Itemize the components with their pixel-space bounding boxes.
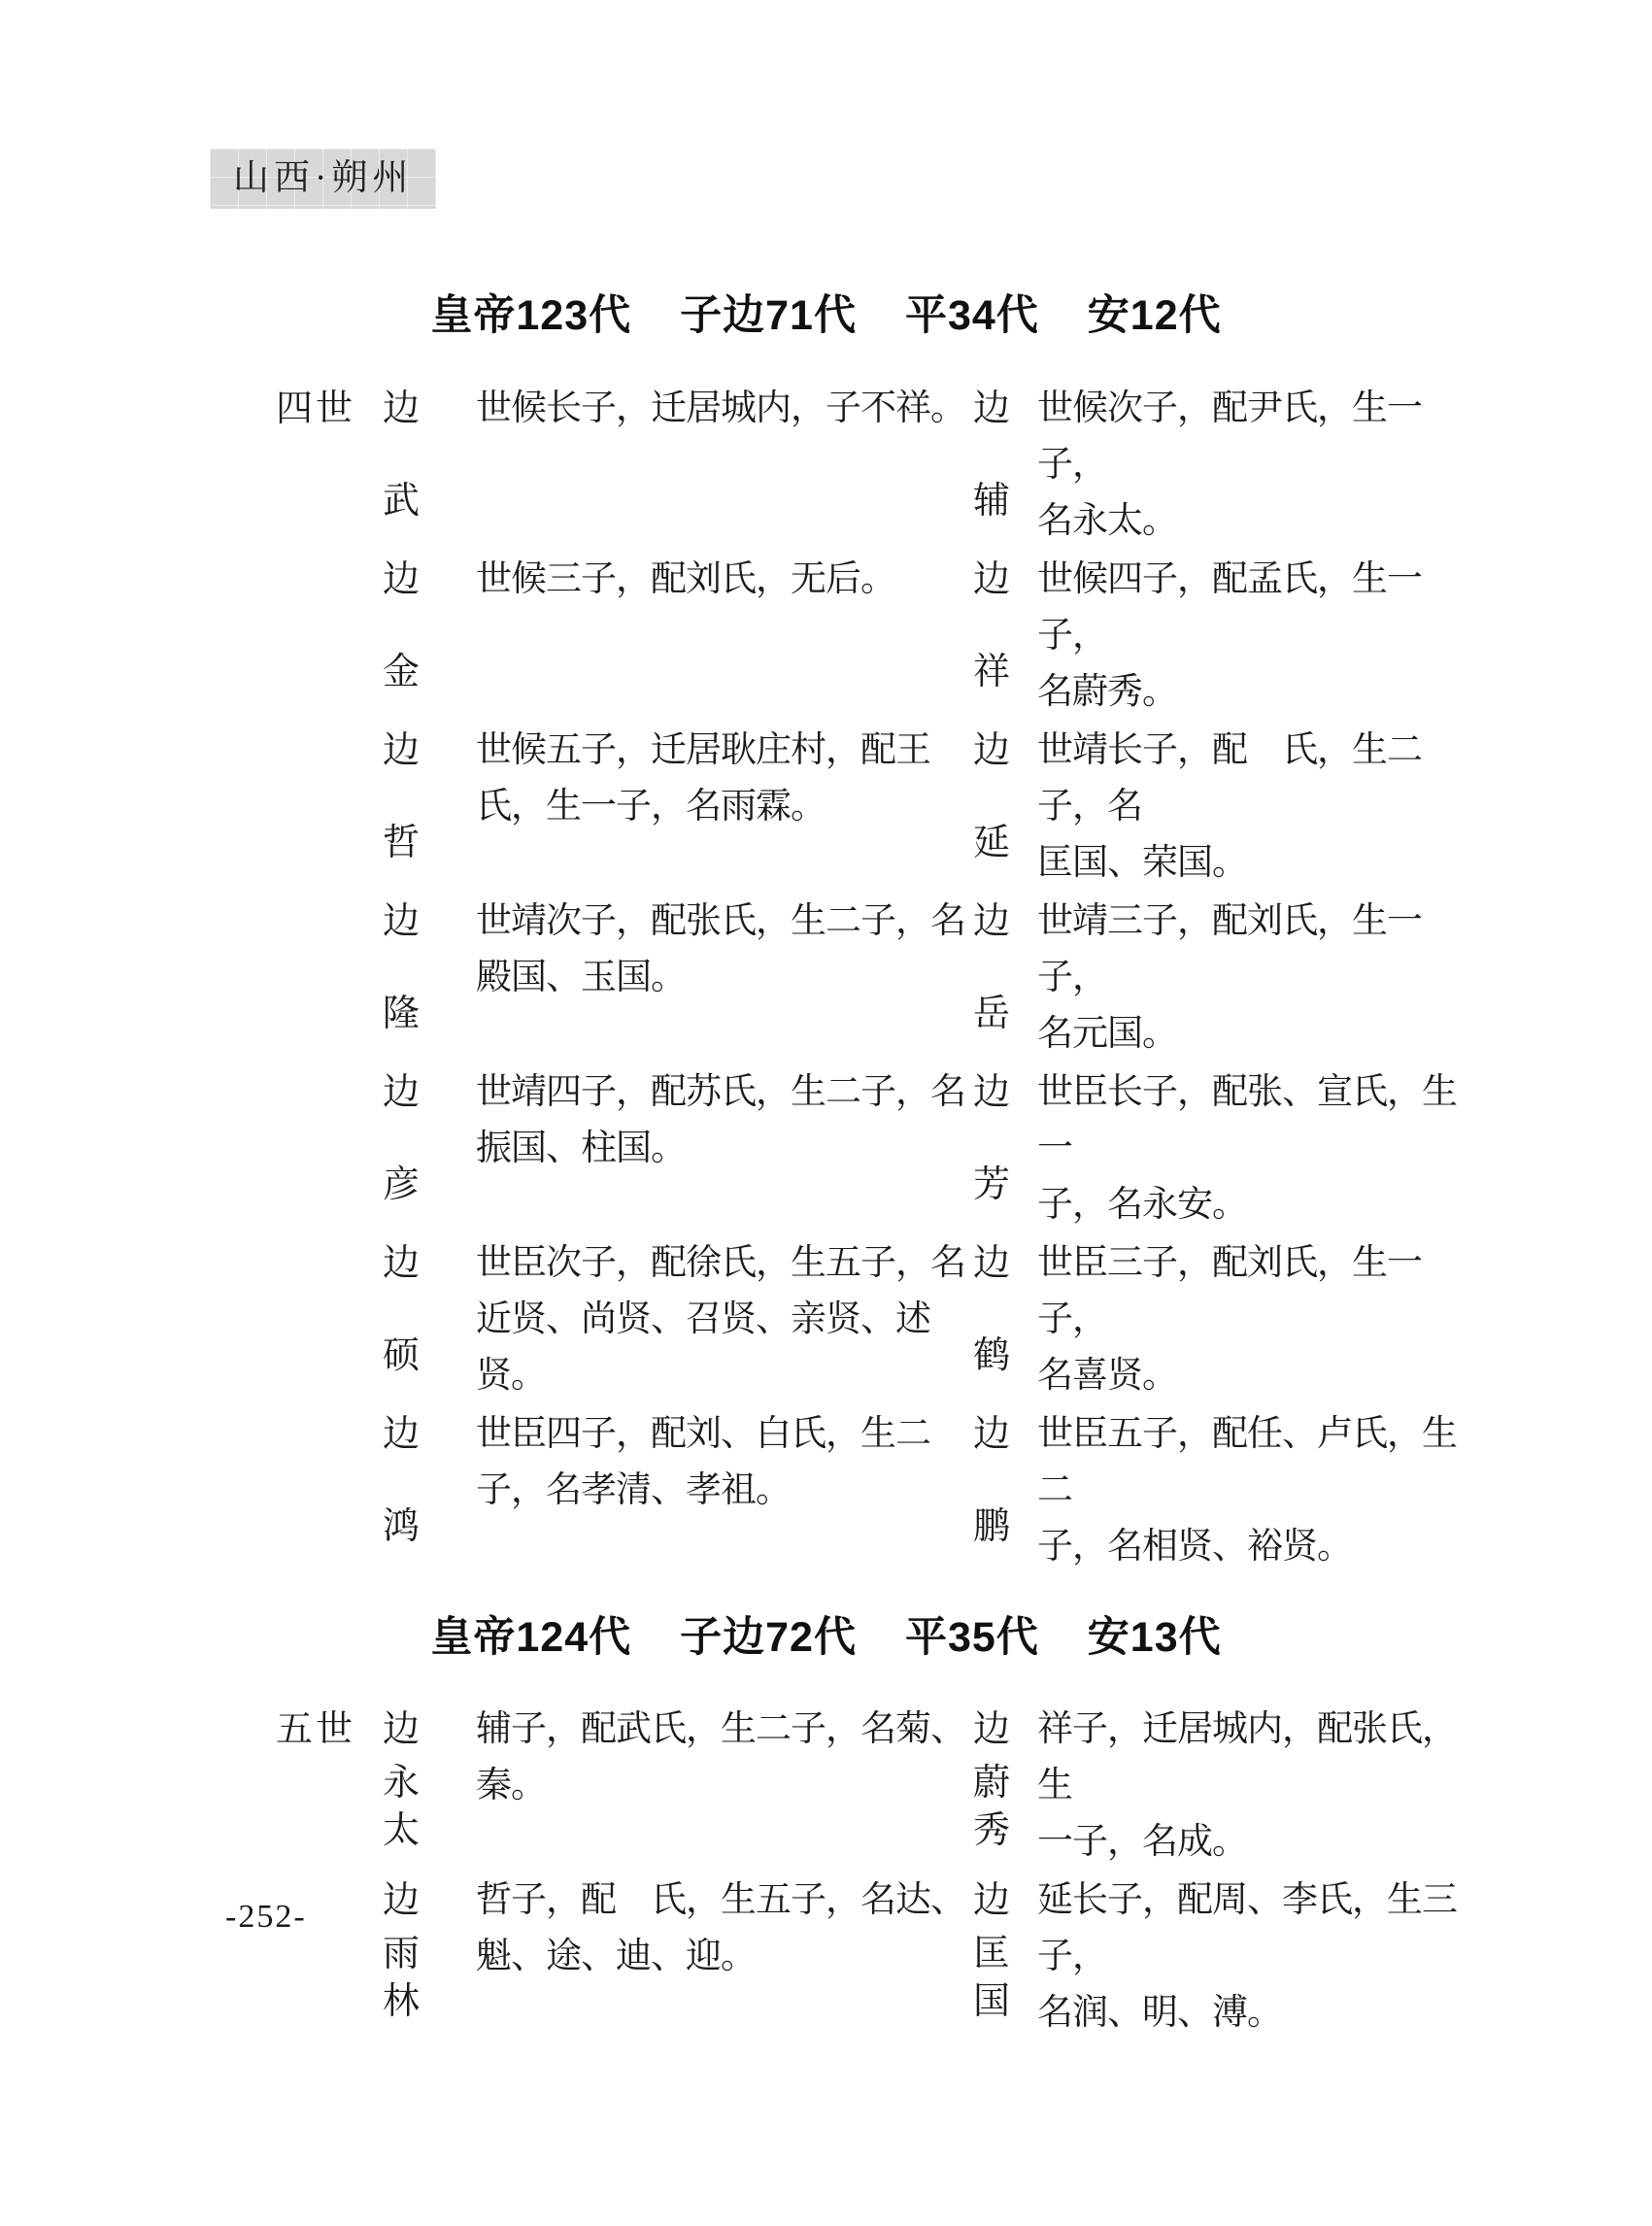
entry-name: 边 彦	[383, 1064, 476, 1209]
surname-char: 边	[383, 894, 425, 950]
entry-name: 边 辅	[973, 381, 1037, 525]
entry-desc: 世靖长子，配 氏，生二子，名 匡国、荣国。	[1037, 723, 1472, 892]
heading-segment: 子边72代	[680, 1604, 857, 1664]
desc-line: 名永太。	[1037, 493, 1472, 550]
desc-line: 世靖四子，配苏氏，生二子，名	[476, 1064, 973, 1121]
desc-line: 一子，名成。	[1037, 1814, 1472, 1871]
surname-char: 边	[973, 552, 1016, 608]
desc-line: 世候四子，配孟氏，生一子，	[1037, 552, 1472, 664]
section-heading: 皇帝123代 子边71代 平34代 安12代	[0, 283, 1652, 342]
desc-line: 世靖次子，配张氏，生二子，名	[476, 894, 973, 950]
entry-desc: 世臣五子，配任、卢氏，生二 子，名相贤、裕贤。	[1037, 1406, 1472, 1575]
surname-char: 边	[973, 894, 1016, 950]
entry-name: 边 鸿	[383, 1406, 476, 1551]
entry-desc: 世靖次子，配张氏，生二子，名 殿国、玉国。	[476, 894, 973, 1006]
given-name: 鹤	[973, 1332, 1016, 1380]
desc-line: 世臣三子，配刘氏，生一子，	[1037, 1235, 1472, 1348]
page-number: -252-	[225, 1899, 307, 1936]
entry-name: 边 硕	[383, 1235, 476, 1380]
given-name: 芳	[973, 1162, 1016, 1209]
entry-desc: 世靖四子，配苏氏，生二子，名 振国、柱国。	[476, 1064, 973, 1177]
surname-char: 边	[973, 1702, 1016, 1758]
desc-line: 哲子，配 氏，生五子，名达、	[476, 1872, 973, 1929]
surname-char: 边	[383, 1235, 425, 1292]
entry-name: 边 哲	[383, 723, 476, 867]
table-row: 边 彦 世靖四子，配苏氏，生二子，名 振国、柱国。 边 芳 世臣长子，配张、宣氏…	[276, 1064, 1480, 1235]
desc-line: 名元国。	[1037, 1006, 1472, 1062]
surname-char: 边	[383, 723, 425, 779]
table-row: 四世 边 武 世候长子，迁居城内，子不祥。 边 辅 世候次子，配尹氏，生一子， …	[276, 381, 1480, 552]
surname-char: 边	[383, 552, 425, 608]
heading-segment: 子边71代	[680, 283, 857, 342]
surname-char: 边	[973, 1406, 1016, 1463]
given-name: 彦	[383, 1162, 425, 1209]
entry-desc: 世靖三子，配刘氏，生一子， 名元国。	[1037, 894, 1472, 1062]
entry-name: 边 鹏	[973, 1406, 1037, 1551]
entry-desc: 世候四子，配孟氏，生一子， 名蔚秀。	[1037, 552, 1472, 721]
entry-desc: 世臣次子，配徐氏，生五子，名 近贤、尚贤、召贤、亲贤、述贤。	[476, 1235, 973, 1404]
entry-desc: 世候次子，配尹氏，生一子， 名永太。	[1037, 381, 1472, 550]
entry-desc: 世候三子，配刘氏，无后。	[476, 552, 973, 608]
table-row: 边 雨林 哲子，配 氏，生五子，名达、 魁、途、迪、迎。 边 匡国 延长子，配周…	[276, 1872, 1480, 2043]
entry-name: 边 蔚秀	[973, 1702, 1037, 1855]
entry-name: 边 鹤	[973, 1235, 1037, 1380]
desc-line: 名润、明、溥。	[1037, 1985, 1472, 2041]
desc-line: 秦。	[476, 1758, 973, 1814]
desc-line: 子，名永安。	[1037, 1177, 1472, 1233]
table-row: 边 隆 世靖次子，配张氏，生二子，名 殿国、玉国。 边 岳 世靖三子，配刘氏，生…	[276, 894, 1480, 1064]
heading-segment: 平35代	[905, 1604, 1039, 1664]
surname-char: 边	[973, 1872, 1016, 1929]
desc-line: 世靖长子，配 氏，生二子，名	[1037, 723, 1472, 835]
heading-segment: 平34代	[905, 283, 1039, 342]
desc-line: 殿国、玉国。	[476, 950, 973, 1006]
given-name: 金	[383, 649, 425, 696]
desc-line: 世臣五子，配任、卢氏，生二	[1037, 1406, 1472, 1519]
section-heading: 皇帝124代 子边72代 平35代 安13代	[0, 1604, 1652, 1664]
given-name: 硕	[383, 1332, 425, 1380]
given-name: 武	[383, 478, 425, 525]
desc-line: 延长子，配周、李氏，生三子，	[1037, 1872, 1472, 1985]
entry-name: 边 匡国	[973, 1872, 1037, 2026]
entry-desc: 世候长子，迁居城内，子不祥。	[476, 381, 973, 437]
entry-name: 边 祥	[973, 552, 1037, 696]
entry-name: 边 武	[383, 381, 476, 525]
desc-line: 子，名相贤、裕贤。	[1037, 1519, 1472, 1575]
desc-line: 振国、柱国。	[476, 1121, 973, 1177]
given-name: 匡国	[973, 1931, 1016, 2026]
surname-char: 边	[383, 381, 425, 437]
heading-segment: 安12代	[1088, 283, 1222, 342]
desc-line: 世靖三子，配刘氏，生一子，	[1037, 894, 1472, 1006]
given-name: 鸿	[383, 1503, 425, 1551]
desc-line: 世臣四子，配刘、白氏，生二	[476, 1406, 973, 1463]
desc-line: 匡国、荣国。	[1037, 835, 1472, 892]
surname-char: 边	[383, 1872, 425, 1929]
given-name: 辅	[973, 478, 1016, 525]
given-name: 延	[973, 820, 1016, 867]
given-name: 永太	[383, 1760, 425, 1855]
entry-desc: 延长子，配周、李氏，生三子， 名润、明、溥。	[1037, 1872, 1472, 2041]
desc-line: 子，名孝清、孝祖。	[476, 1463, 973, 1519]
given-name: 隆	[383, 991, 425, 1038]
given-name: 鹏	[973, 1503, 1016, 1551]
given-name: 哲	[383, 820, 425, 867]
table-row: 五世 边 永太 辅子，配武氏，生二子，名菊、 秦。 边 蔚秀 祥子，迁居城内，配…	[276, 1702, 1480, 1872]
document-page: 山西·朔州 皇帝123代 子边71代 平34代 安12代 四世 边 武 世候长子…	[0, 0, 1652, 2226]
entry-desc: 世候五子，迁居耿庄村，配王 氏，生一子，名雨霖。	[476, 723, 973, 835]
given-name: 岳	[973, 991, 1016, 1038]
entry-name: 边 雨林	[383, 1872, 476, 2026]
desc-line: 近贤、尚贤、召贤、亲贤、述贤。	[476, 1292, 973, 1404]
region-badge: 山西·朔州	[210, 149, 436, 209]
given-name: 蔚秀	[973, 1760, 1016, 1855]
surname-char: 边	[973, 381, 1016, 437]
surname-char: 边	[383, 1064, 425, 1121]
desc-line: 世候长子，迁居城内，子不祥。	[476, 381, 973, 437]
desc-line: 世臣次子，配徐氏，生五子，名	[476, 1235, 973, 1292]
entry-desc: 世臣三子，配刘氏，生一子， 名喜贤。	[1037, 1235, 1472, 1404]
desc-line: 辅子，配武氏，生二子，名菊、	[476, 1702, 973, 1758]
entry-name: 边 延	[973, 723, 1037, 867]
entry-desc: 世臣四子，配刘、白氏，生二 子，名孝清、孝祖。	[476, 1406, 973, 1519]
desc-line: 世候三子，配刘氏，无后。	[476, 552, 973, 608]
generation-label: 四世	[276, 381, 383, 437]
entry-desc: 祥子，迁居城内，配张氏，生 一子，名成。	[1037, 1702, 1472, 1871]
entry-desc: 世臣长子，配张、宣氏，生一 子，名永安。	[1037, 1064, 1472, 1233]
table-row: 边 硕 世臣次子，配徐氏，生五子，名 近贤、尚贤、召贤、亲贤、述贤。 边 鹤 世…	[276, 1235, 1480, 1406]
desc-line: 世候次子，配尹氏，生一子，	[1037, 381, 1472, 493]
generation-table: 五世 边 永太 辅子，配武氏，生二子，名菊、 秦。 边 蔚秀 祥子，迁居城内，配…	[276, 1702, 1480, 2043]
generation-label: 五世	[276, 1702, 383, 1758]
entry-desc: 辅子，配武氏，生二子，名菊、 秦。	[476, 1702, 973, 1814]
heading-segment: 安13代	[1088, 1604, 1222, 1664]
desc-line: 名喜贤。	[1037, 1348, 1472, 1404]
desc-line: 世臣长子，配张、宣氏，生一	[1037, 1064, 1472, 1177]
desc-line: 世候五子，迁居耿庄村，配王	[476, 723, 973, 779]
generation-table: 四世 边 武 世候长子，迁居城内，子不祥。 边 辅 世候次子，配尹氏，生一子， …	[276, 381, 1480, 1577]
desc-line: 氏，生一子，名雨霖。	[476, 779, 973, 835]
table-row: 边 鸿 世臣四子，配刘、白氏，生二 子，名孝清、孝祖。 边 鹏 世臣五子，配任、…	[276, 1406, 1480, 1577]
surname-char: 边	[973, 1235, 1016, 1292]
entry-name: 边 芳	[973, 1064, 1037, 1209]
desc-line: 祥子，迁居城内，配张氏，生	[1037, 1702, 1472, 1814]
heading-segment: 皇帝124代	[430, 1604, 631, 1664]
desc-line: 名蔚秀。	[1037, 664, 1472, 721]
entry-name: 边 隆	[383, 894, 476, 1038]
entry-name: 边 金	[383, 552, 476, 696]
entry-name: 边 岳	[973, 894, 1037, 1038]
surname-char: 边	[973, 1064, 1016, 1121]
given-name: 祥	[973, 649, 1016, 696]
entry-desc: 哲子，配 氏，生五子，名达、 魁、途、迪、迎。	[476, 1872, 973, 1985]
desc-line: 魁、途、迪、迎。	[476, 1929, 973, 1985]
entry-name: 边 永太	[383, 1702, 476, 1855]
heading-segment: 皇帝123代	[430, 283, 631, 342]
table-row: 边 金 世候三子，配刘氏，无后。 边 祥 世候四子，配孟氏，生一子， 名蔚秀。	[276, 552, 1480, 723]
given-name: 雨林	[383, 1931, 425, 2026]
table-row: 边 哲 世候五子，迁居耿庄村，配王 氏，生一子，名雨霖。 边 延 世靖长子，配 …	[276, 723, 1480, 894]
surname-char: 边	[383, 1406, 425, 1463]
surname-char: 边	[383, 1702, 425, 1758]
surname-char: 边	[973, 723, 1016, 779]
